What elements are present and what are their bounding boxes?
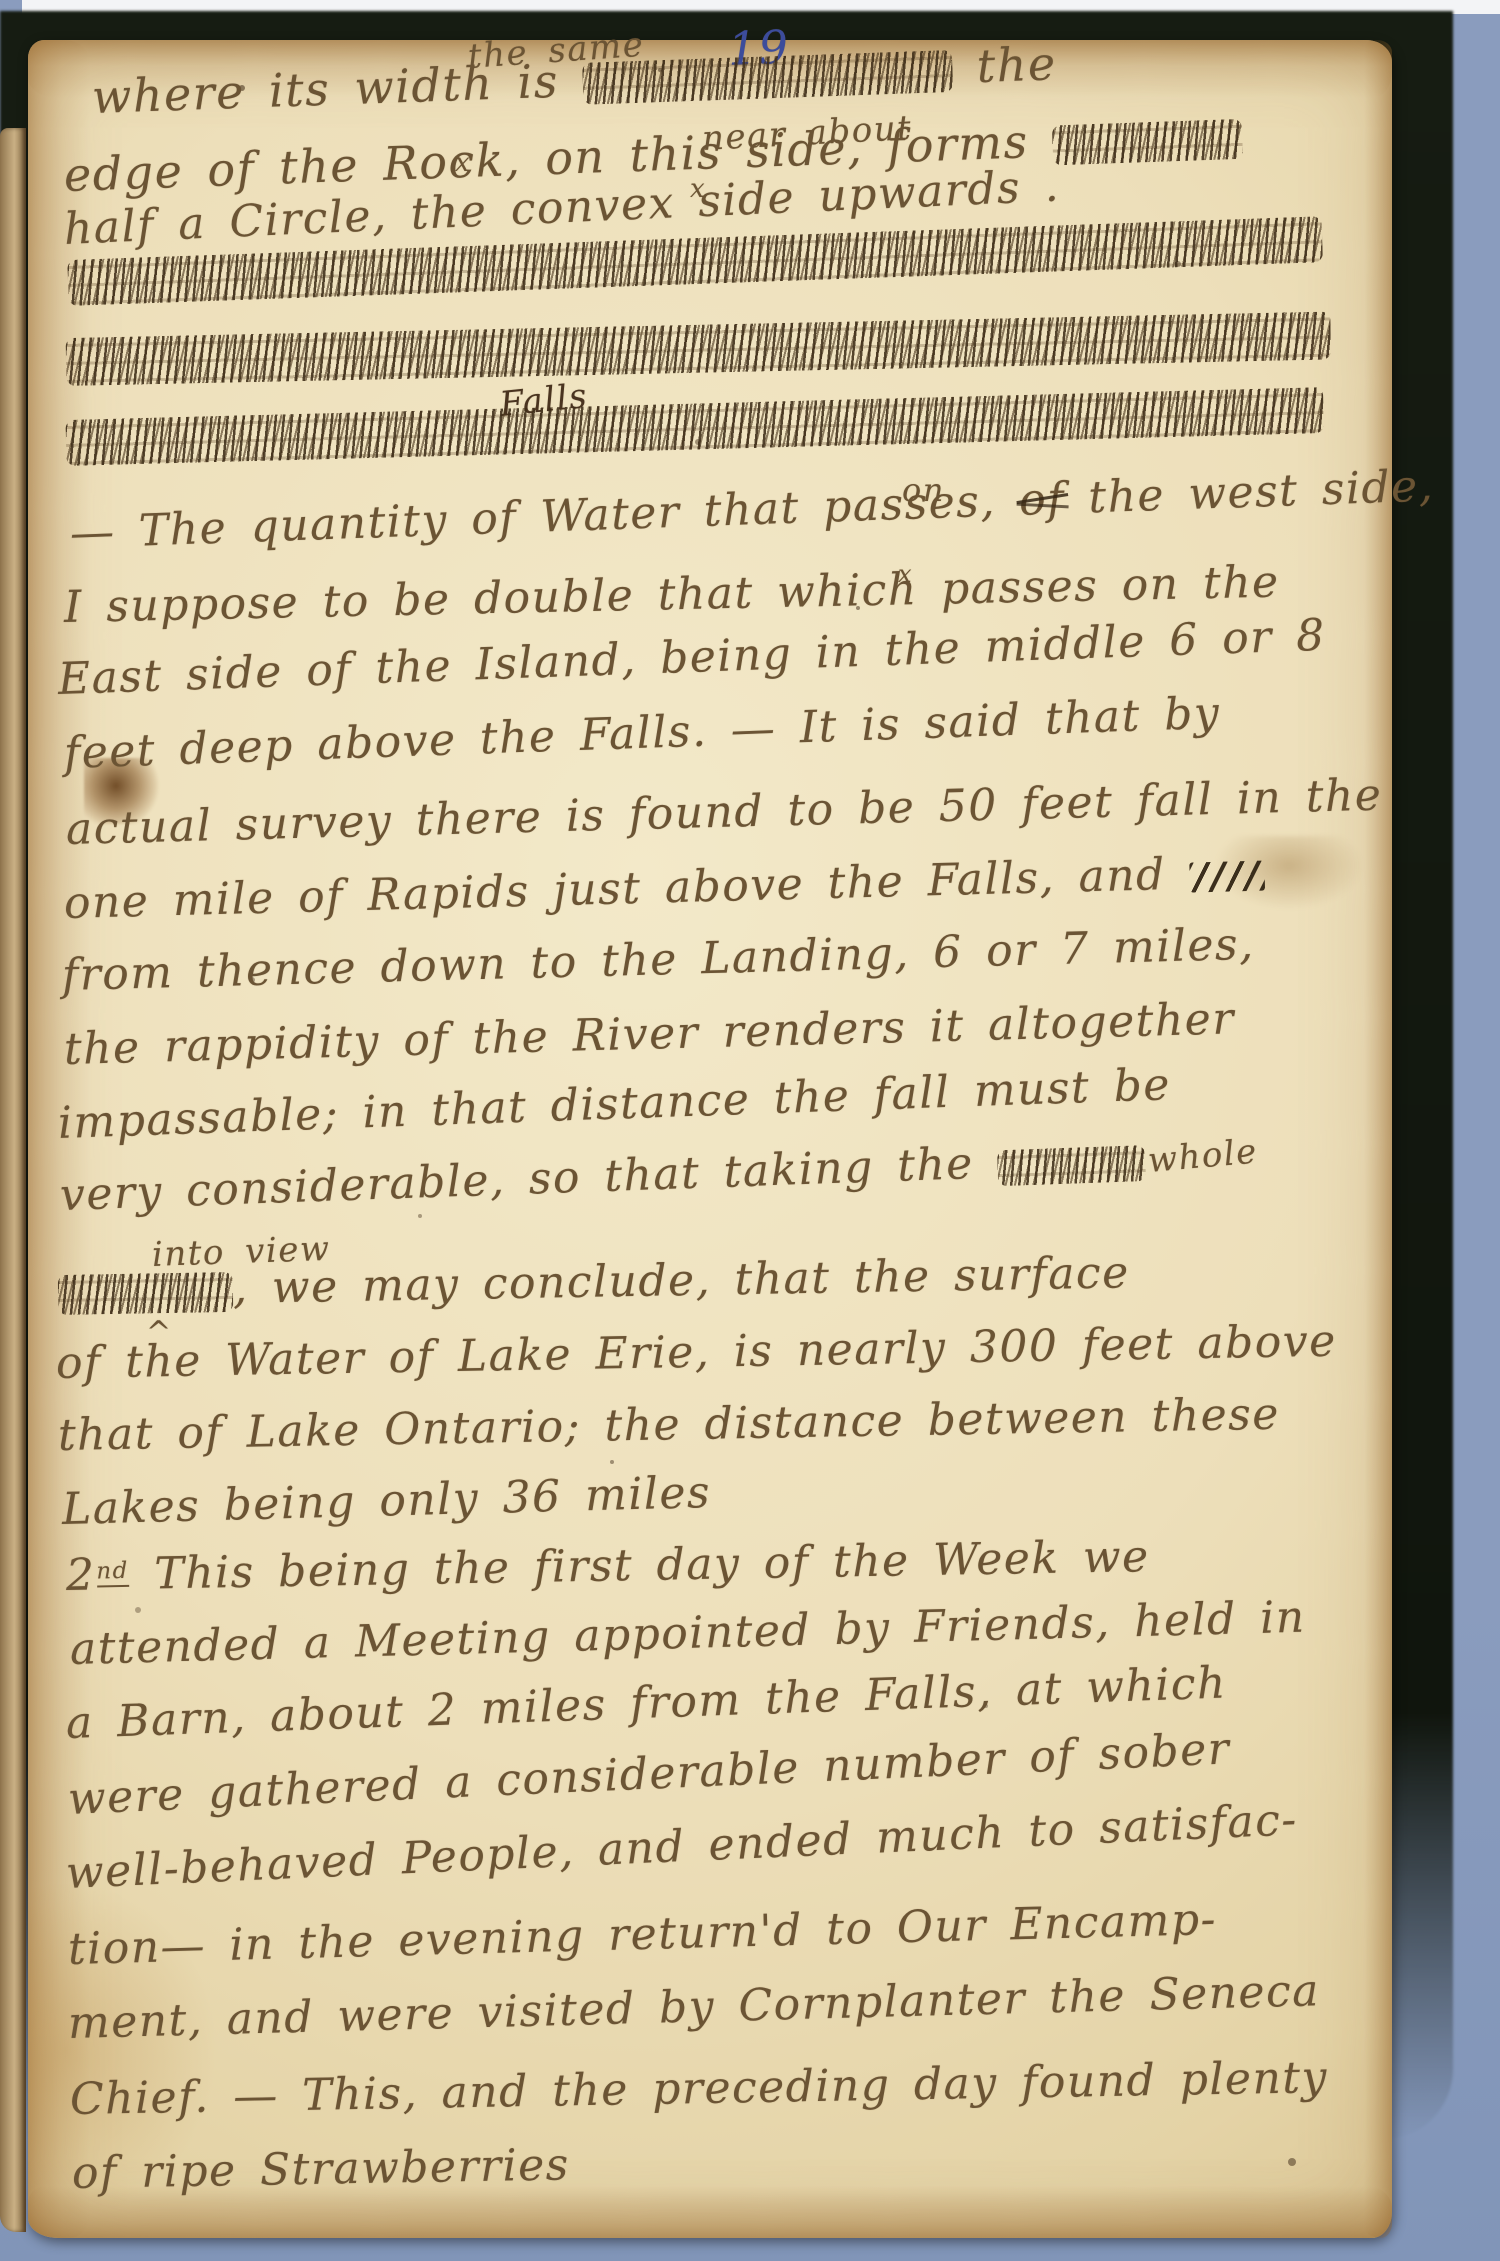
scribbled-out-text <box>582 50 953 105</box>
handwritten-text: , we may conclude, that the surface <box>233 1247 1131 1314</box>
manuscript-line: of ripe Strawberries <box>72 2143 570 2196</box>
manuscript-line: that of Lake Ontario; the distance betwe… <box>58 1393 1281 1458</box>
scribbled-out-text <box>1052 119 1243 166</box>
handwritten-text: feet deep above the Falls. — It is said … <box>63 688 1221 779</box>
scribbled-out-text <box>65 387 1324 466</box>
handwritten-text: This being the first day of the Week we <box>130 1531 1150 1600</box>
handwritten-text: tion— in the evening return'd to Our Enc… <box>67 1894 1217 1975</box>
manuscript-line <box>65 387 1324 466</box>
interlinear-insertion: whole <box>1147 1134 1260 1177</box>
handwritten-text: where its width is <box>91 53 584 124</box>
manuscript-line: impassable; in that distance the fall mu… <box>57 1063 1171 1146</box>
manuscript-line: from thence down to the Landing, 6 or 7 … <box>61 923 1255 998</box>
handwritten-text: of ripe Strawberries <box>72 2139 571 2199</box>
photo-background: the same19where its width is thexxnear a… <box>0 0 1500 2261</box>
handwritten-text: one mile of Rapids just above the Falls,… <box>63 849 1190 929</box>
manuscript-line: ment, and were visited by Cornplanter th… <box>67 1969 1320 2046</box>
handwritten-text: from thence down to the Landing, 6 or 7 … <box>61 919 1255 1001</box>
handwritten-text: very considerable, so that taking the <box>59 1137 998 1221</box>
manuscript-line: — The quantity of Water that passes, of … <box>69 464 1435 556</box>
manuscript-line: Chief. — This, and the preceding day fou… <box>70 2056 1329 2122</box>
manuscript-line: the rappidity of the River renders it al… <box>63 997 1235 1072</box>
manuscript-line: one mile of Rapids just above the Falls,… <box>63 851 1264 926</box>
handwriting-layer: the same19where its width is thexxnear a… <box>0 0 1500 2261</box>
handwritten-text: that of Lake Ontario; the distance betwe… <box>58 1389 1281 1461</box>
handwritten-text: — The quantity of Water that passes, <box>69 475 1020 559</box>
struck-out-word: of <box>1018 477 1065 523</box>
handwritten-text: impassable; in that distance the fall mu… <box>57 1059 1172 1149</box>
handwritten-text: ment, and were visited by Cornplanter th… <box>67 1965 1320 2049</box>
scribbled-out-text <box>997 1145 1146 1186</box>
manuscript-line: actual survey there is found to be 50 fe… <box>65 774 1382 852</box>
manuscript-line: of the Water of Lake Erie, is nearly 300… <box>56 1320 1337 1386</box>
manuscript-line: very considerable, so that taking the <box>59 1136 1146 1219</box>
manuscript-line <box>65 312 1331 386</box>
handwritten-text: 2 <box>66 1549 96 1601</box>
manuscript-line: 2nd This being the first day of the Week… <box>66 1535 1150 1598</box>
handwritten-text: Chief. — This, and the preceding day fou… <box>70 2052 1329 2125</box>
handwritten-text: the west side, <box>1064 460 1435 524</box>
manuscript-line: where its width is the <box>91 40 1057 122</box>
manuscript-line: feet deep above the Falls. — It is said … <box>63 692 1221 776</box>
manuscript-line: Lakes being only 36 miles <box>61 1471 711 1532</box>
scribbled-out-text <box>58 1272 234 1315</box>
handwritten-text: Lakes being only 36 miles <box>61 1467 711 1535</box>
manuscript-line: tion— in the evening return'd to Our Enc… <box>67 1898 1217 1972</box>
superscript-text: nd <box>96 1557 129 1587</box>
handwritten-text: the <box>952 36 1058 94</box>
handwritten-text: whole <box>1146 1131 1259 1180</box>
handwritten-text: of the Water of Lake Erie, is nearly 300… <box>56 1316 1338 1389</box>
scribbled-out-text <box>65 312 1331 386</box>
ink-tick-marks <box>1189 861 1265 893</box>
handwritten-text: actual survey there is found to be 50 fe… <box>65 770 1383 855</box>
